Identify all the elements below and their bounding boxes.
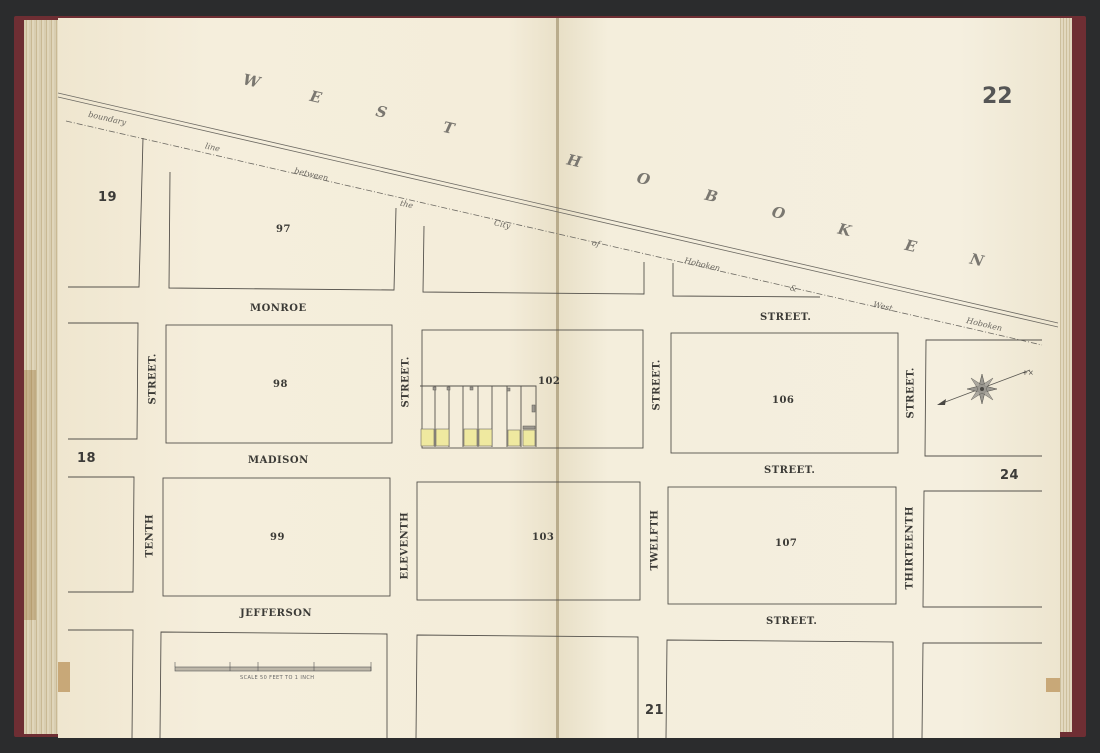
scale-bar: [175, 662, 371, 671]
scale-caption: SCALE 50 FEET TO 1 INCH: [240, 675, 314, 681]
adjacent-sheet-21: 21: [645, 703, 664, 718]
street-label-twelfth: TWELFTH: [650, 515, 661, 571]
street-label-thirteenth-street: STREET.: [906, 373, 917, 419]
svg-text:+×: +×: [1022, 369, 1034, 377]
block-101-outline: [423, 226, 644, 294]
adjacent-sheet-19: 19: [98, 190, 117, 205]
block-108-outline: [666, 640, 893, 738]
block-number-102: 102: [538, 376, 560, 387]
block-106-outline: [671, 333, 898, 453]
block-number-97: 97: [276, 224, 291, 235]
boundary-text: of: [591, 238, 601, 249]
block-103-outline: [417, 482, 640, 600]
block-19-outline: [68, 138, 143, 287]
street-label-monroe-street: STREET.: [760, 312, 811, 323]
block-number-107: 107: [775, 538, 797, 549]
street-label-eleventh-street: STREET.: [401, 362, 412, 408]
block-100-outline: [160, 632, 387, 738]
city-boundary-line: [66, 121, 1042, 345]
adjacent-sheet-24: 24: [1000, 468, 1019, 483]
street-label-thirteenth: THIRTEENTH: [905, 510, 916, 590]
street-label-madison-street: STREET.: [764, 465, 815, 476]
street-label-monroe: MONROE: [250, 303, 307, 314]
block-105-outline: [673, 263, 820, 297]
railroad-line: [58, 93, 1058, 327]
block-number-99: 99: [270, 532, 285, 543]
street-label-eleventh: ELEVENTH: [400, 514, 411, 580]
block-number-103: 103: [532, 532, 554, 543]
street-label-tenth-street: STREET.: [148, 359, 159, 405]
street-label-jefferson-street: STREET.: [766, 616, 817, 627]
atlas-page-number: 22: [982, 84, 1013, 109]
street-label-tenth: TENTH: [145, 518, 156, 558]
block-number-106: 106: [772, 395, 794, 406]
block-104-outline: [416, 635, 638, 738]
street-label-twelfth-street: STREET.: [652, 365, 663, 411]
compass-rose-icon: +×: [937, 369, 1034, 405]
street-label-jefferson: JEFFERSON: [240, 608, 312, 619]
block-number-98: 98: [273, 379, 288, 390]
street-label-madison: MADISON: [248, 455, 309, 466]
adjacent-sheet-18: 18: [77, 451, 96, 466]
